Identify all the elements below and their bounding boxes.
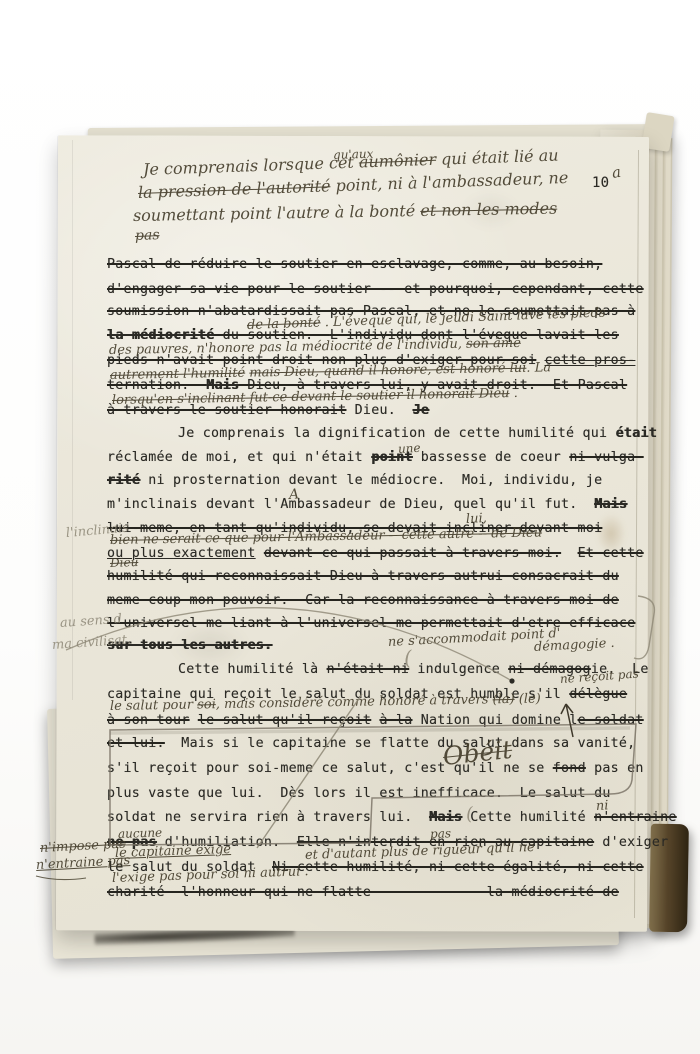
handwriting-segment: une [398,441,421,456]
handwritten-note: ( [403,645,412,669]
handwritten-note: autrement l'humilité mais Dieu, quand il… [110,360,551,383]
handwriting-segment: et non les modes [420,199,557,220]
handwritten-note: des pauvres, n'honore pas la médiocrité … [109,336,521,358]
handwriting-segment: (la) [492,692,514,707]
handwritten-note: pas [430,826,451,841]
handwriting-segment: la pression de l'autorité [138,176,331,202]
handwriting-segment: ni [596,798,609,814]
handwriting-segment: et d'autant plus de rigueur qu'il ne [305,840,535,863]
handwriting-segment: , mais considéré comme honoré à travers [216,692,493,712]
handwritten-note: ni [596,798,609,814]
manuscript-photograph: 10 Pascal de réduire le soutier en escla… [0,0,700,1054]
handwriting-segment: Obéit [441,735,513,771]
handwritten-note: lorsqu'en s'inclinant fut-ce devant le s… [112,386,518,408]
handwriting-segment: des pauvres, n'honore pas la médiocrité … [109,337,466,358]
handwriting-segment: lorsqu'en s'inclinant fut-ce devant le s… [112,386,510,408]
handwritten-note: démagogie . [534,636,615,655]
handwriting-segment: pas [430,826,451,841]
handwriting-segment: mais Dieu, quand il honore, est honoré l… [249,361,526,381]
handwritten-note: Dieu [110,555,139,570]
handwriting-segment: (le) [515,691,541,706]
handwriting-segment: démagogie . [534,636,615,655]
handwriting-segment: point, ni à l'ambassadeur, ne [330,168,568,195]
handwriting-segment: son âme [466,336,521,352]
handwritten-note: ma civilisat. [51,632,131,652]
handwriting-segment: ma civilisat. [51,632,131,652]
handwritten-note: lui, [466,511,488,527]
handwriting-segment: ne reçoit pas [560,667,640,686]
handwriting-segment: lui, [466,511,488,527]
handwriting-segment: . La [526,360,551,375]
handwritten-note: soumettant point l'autre à la bonté et n… [133,199,558,225]
handwriting-segment: qui était lié au [436,145,559,168]
handwritten-note: A [288,486,299,503]
handwriting-segment: bien ne serait-ce que pour l'Ambassadeur… [110,525,542,548]
handwritten-note: Obéit [441,735,513,771]
handwriting-segment: le capitaine exige [115,842,231,861]
handwritten-note: qu'aux [333,147,374,162]
handwriting-segment: qu'aux [333,147,374,162]
handwritten-note: le salut pour soi, mais considéré comme … [110,691,541,714]
handwriting-segment: autrement l'humilité [110,366,245,383]
handwriting-segment: ( [403,645,412,669]
handwriting-segment: Je comprenais lorsque cet [143,152,360,179]
handwritten-note: et d'autant plus de rigueur qu'il ne [305,840,535,863]
handwritten-note: ( [465,804,473,825]
handwriting-segment: soi [197,697,216,712]
handwriting-segment: ( [465,804,473,825]
handwritten-note: ne reçoit pas [560,667,640,686]
handwritten-note: une [398,441,421,456]
handwriting-segment: . [509,386,518,401]
handwriting-segment: le salut pour [110,697,197,714]
handwriting-segment: au sens d [59,612,122,631]
handwriting-segment: A [288,486,299,503]
handwritten-note: bien ne serait-ce que pour l'Ambassadeur… [110,525,542,548]
handwriting-segment: l'exige pas pour soi ni autrui . [112,864,309,886]
handwriting-segment: de la bonté [247,315,321,333]
handwriting-segment: pas [135,227,160,244]
handwritten-note: le capitaine exige [115,842,231,861]
page-number-suffix: a [611,163,623,182]
handwritten-note: de la bonté . L'éveque qui, le jeudi Sai… [247,305,606,333]
handwritten-note: l'exige pas pour soi ni autrui . [112,864,309,886]
handwritten-note: au sens d [59,612,122,631]
handwriting-segment: . L'éveque qui, le jeudi Saint lave les … [320,305,605,330]
handwriting-segment: Dieu [110,555,139,570]
handwriting-segment: soumettant point l'autre à la bonté [133,201,421,225]
handwritten-note: pas [135,227,160,244]
handwriting-layer: a Je comprenais lorsque cet aumônier qui… [0,0,700,1054]
